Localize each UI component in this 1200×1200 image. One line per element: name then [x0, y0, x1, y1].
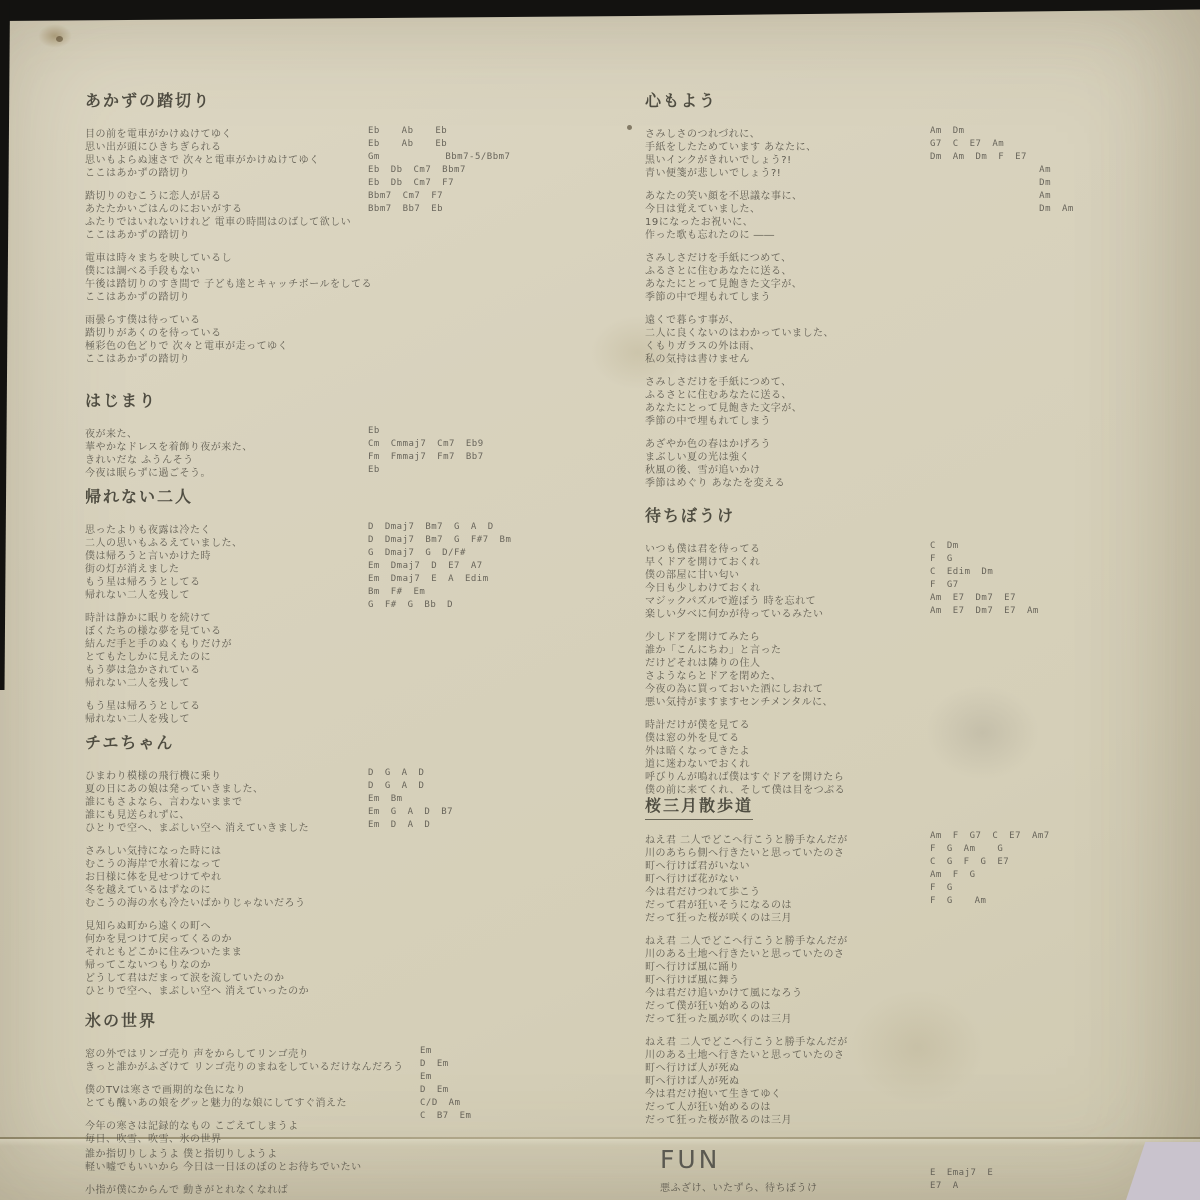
lyric-line: だって狂った桜が咲くのは三月 — [645, 912, 1125, 925]
lyric-line: 誰か指切りしようよ 僕と指切りしようよ — [85, 1148, 630, 1161]
lyric-line: ひまわり模様の飛行機に乗り — [85, 770, 630, 783]
stanza: 見知らぬ町から遠くの町へ何かを見つけて戻ってくるのかそれともどこかに住みついたま… — [85, 920, 630, 998]
lyrics-block: 夜が来た、華やかなドレスを着飾り夜が来た、きれいだな ふうんそう今夜は眠らずに過… — [85, 428, 630, 480]
stanza: 電車は時々まちを映しているし僕には調べる手段もない午後は踏切りのすき間で 子ども… — [85, 252, 630, 304]
lyric-line: 踏切りがあくのを待っている — [85, 327, 630, 340]
lyrics-block: 窓の外ではリンゴ売り 声をからしてリンゴ売りきっと誰かがふざけて リンゴ売りのま… — [85, 1048, 630, 1146]
lyrics-block: 誰か指切りしようよ 僕と指切りしようよ軽い嘘でもいいから 今日は一日ほのぼのとお… — [85, 1148, 630, 1197]
lyric-line: ふるさとに住むあなたに送る、 — [645, 265, 1125, 278]
lyric-line: 小指が僕にからんで 動きがとれなくなれば — [85, 1184, 630, 1197]
lyrics-block: 目の前を電車がかけぬけてゆく思い出が頭にひきちぎられる思いもよらぬ速さで 次々と… — [85, 128, 630, 366]
lyric-line: さようならとドアを閉めた、 — [645, 670, 1125, 683]
lyrics-block: 思ったよりも夜露は冷たく二人の思いもふるえていました、僕は帰ろうと言いかけた時街… — [85, 524, 630, 726]
lyric-line: 季節はめぐり あなたを変える — [645, 477, 1125, 490]
lyric-line: 川のある土地へ行きたいと思っていたのさ — [645, 948, 1125, 961]
lyric-line: まぶしい夏の光は強く — [645, 451, 1125, 464]
paper-stain — [38, 24, 72, 48]
stanza: ねえ君 二人でどこへ行こうと勝手なんだが川のある土地へ行きたいと思っていたのさ町… — [645, 1036, 1125, 1127]
lyric-line: 町へ行けば風に舞う — [645, 974, 1125, 987]
song-title: 桜三月散歩道 — [645, 793, 753, 820]
song-title: あかずの踏切り — [85, 88, 630, 111]
lyric-line: 19になったお祝いに、 — [645, 216, 1125, 229]
stanza: さみしい気持になった時にはむこうの海岸で水着になってお日様に体を見せつけてやれ冬… — [85, 845, 630, 910]
song-kokoro-moyou: 心もよう Am DmG7 C E7 AmDm Am Dm F E7 Am Dm … — [645, 88, 1125, 500]
lyric-line: ふたりではいれないけれど 電車の時間はのばして欲しい — [85, 216, 630, 229]
song-kaerenai-futari: 帰れない二人 D Dmaj7 Bm7 G A DD Dmaj7 Bm7 G F#… — [85, 484, 630, 736]
song-title: 心もよう — [645, 88, 1125, 111]
lyric-line: 結んだ手と手のぬくもりだけが — [85, 638, 630, 651]
stanza: 踏切りのむこうに恋人が居るあたたかいごはんのにおいがするふたりではいれないけれど… — [85, 190, 630, 242]
lyric-line: あざやか色の春はかげろう — [645, 438, 1125, 451]
lyric-line: 少しドアを開けてみたら — [645, 631, 1125, 644]
lyric-line: 思いもよらぬ速さで 次々と電車がかけぬけてゆく — [85, 154, 630, 167]
lyric-line: ここはあかずの踏切り — [85, 291, 630, 304]
stanza: 目の前を電車がかけぬけてゆく思い出が頭にひきちぎられる思いもよらぬ速さで 次々と… — [85, 128, 630, 180]
lyric-line: 今は君だけつれて歩こう — [645, 886, 1125, 899]
lyric-line: 午後は踏切りのすき間で 子ども達とキャッチボールをしてる — [85, 278, 630, 291]
lyric-line: ねえ君 二人でどこへ行こうと勝手なんだが — [645, 935, 1125, 948]
song-chie-chan: チエちゃん D G A DD G A DEm BmEm G A D B7Em D… — [85, 730, 630, 1008]
song-fun: FUN E Emaj7 EE7 A 悪ふざけ、いたずら、待ちぼうけ — [660, 1145, 1140, 1200]
lyric-line: 街の灯が消えました — [85, 563, 630, 576]
lyric-line: 時計だけが僕を見てる — [645, 719, 1125, 732]
lyric-line: 今は君だけ抱いて生きてゆく — [645, 1088, 1125, 1101]
lyric-line: とてもたしかに見えたのに — [85, 651, 630, 664]
lyric-line: マジックパズルで遊ぼう 時を忘れて — [645, 595, 1125, 608]
lyric-line: さみしさのつれづれに、 — [645, 128, 1125, 141]
lyric-line: 今日も少しわけておくれ — [645, 582, 1125, 595]
song-machibouke: 待ちぼうけ C DmF GC Edim DmF G7Am E7 Dm7 E7Am… — [645, 503, 1125, 807]
lyric-line: もう星は帰ろうとしてる — [85, 700, 630, 713]
lyrics-block: ねえ君 二人でどこへ行こうと勝手なんだが川のあちら側へ行きたいと思っていたのさ町… — [645, 834, 1125, 1127]
stanza: 僕のTVは寒さで画期的な色になりとても醜いあの娘をグッと魅力的な娘にしてすぐ消え… — [85, 1084, 630, 1110]
stanza: ひまわり模様の飛行機に乗り夏の日にあの娘は発っていきました、誰にもさよなら、言わ… — [85, 770, 630, 835]
lyric-line: 季節の中で埋もれてしまう — [645, 415, 1125, 428]
lyric-line: 手紙をしたためています あなたに、 — [645, 141, 1125, 154]
lyric-line: いつも僕は君を待ってる — [645, 543, 1125, 556]
stanza: 夜が来た、華やかなドレスを着飾り夜が来た、きれいだな ふうんそう今夜は眠らずに過… — [85, 428, 630, 480]
stanza: 小指が僕にからんで 動きがとれなくなれば — [85, 1184, 630, 1197]
stanza: あなたの笑い顔を不思議な事に、今日は覚えていました、19になったお祝いに、作った… — [645, 190, 1125, 242]
lyric-line: あたたかいごはんのにおいがする — [85, 203, 630, 216]
stanza: 雨曇らす僕は待っている踏切りがあくのを待っている極彩色の色どりで 次々と電車が走… — [85, 314, 630, 366]
lyric-line: ふるさとに住むあなたに送る、 — [645, 389, 1125, 402]
lyric-line: ここはあかずの踏切り — [85, 353, 630, 366]
lyric-line: さみしさだけを手紙につめて、 — [645, 252, 1125, 265]
lyric-line: だって僕が狂い始めるのは — [645, 1000, 1125, 1013]
lyrics-block: 悪ふざけ、いたずら、待ちぼうけ — [660, 1182, 1140, 1195]
lyric-line: 外は暗くなってきたよ — [645, 745, 1125, 758]
lyric-line: あなたにとって見飽きた文字が、 — [645, 278, 1125, 291]
lyric-line: 町へ行けば君がいない — [645, 860, 1125, 873]
lyric-line: もう星は帰ろうとしてる — [85, 576, 630, 589]
stanza: ねえ君 二人でどこへ行こうと勝手なんだが川のあちら側へ行きたいと思っていたのさ町… — [645, 834, 1125, 925]
lyric-line: 毎日、吹雪、吹雪、氷の世界 — [85, 1133, 630, 1146]
lyric-line: むこうの海の水も冷たいばかりじゃないだろう — [85, 897, 630, 910]
lyric-line: むこうの海岸で水着になって — [85, 858, 630, 871]
lyric-line: 僕のTVは寒さで画期的な色になり — [85, 1084, 630, 1097]
lyric-line: あなたの笑い顔を不思議な事に、 — [645, 190, 1125, 203]
song-title: チエちゃん — [85, 730, 630, 753]
lyric-line: 華やかなドレスを着飾り夜が来た、 — [85, 441, 630, 454]
lyric-line: 二人に良くないのはわかっていました、 — [645, 327, 1125, 340]
lyric-line: 思い出が頭にひきちぎられる — [85, 141, 630, 154]
song-title: FUN — [660, 1145, 1140, 1174]
lyric-line: 雨曇らす僕は待っている — [85, 314, 630, 327]
lyric-line: 黒いインクがきれいでしょう?! — [645, 154, 1125, 167]
lyric-line: 楽しい夕べに何かが待っているみたい — [645, 608, 1125, 621]
stanza: さみしさだけを手紙につめて、ふるさとに住むあなたに送る、あなたにとって見飽きた文… — [645, 376, 1125, 428]
lyric-line: それともどこかに住みついたまま — [85, 946, 630, 959]
lyric-line: きれいだな ふうんそう — [85, 454, 630, 467]
chord-line: E Emaj7 E — [930, 1167, 993, 1180]
lyric-line: お日様に体を見せつけてやれ — [85, 871, 630, 884]
lyric-line: ぼくたちの様な夢を見ている — [85, 625, 630, 638]
lyric-line: ここはあかずの踏切り — [85, 229, 630, 242]
lyric-line: 夏の日にあの娘は発っていきました、 — [85, 783, 630, 796]
lyric-line: 誰にもさよなら、言わないままで — [85, 796, 630, 809]
lyric-line: 遠くで暮らす事が、 — [645, 314, 1125, 327]
lyric-line: 早くドアを開けておくれ — [645, 556, 1125, 569]
song-koori-no-sekai-continued: 誰か指切りしようよ 僕と指切りしようよ軽い嘘でもいいから 今日は一日ほのぼのとお… — [85, 1148, 630, 1200]
lyric-line: 今年の寒さは記録的なもの こごえてしまうよ — [85, 1120, 630, 1133]
lyric-line: 帰れない二人を残して — [85, 589, 630, 602]
stanza: 窓の外ではリンゴ売り 声をからしてリンゴ売りきっと誰かがふざけて リンゴ売りのま… — [85, 1048, 630, 1074]
lyric-line: 作った歌も忘れたのに ―― — [645, 229, 1125, 242]
lyric-line: 川のあちら側へ行きたいと思っていたのさ — [645, 847, 1125, 860]
lyric-line: だって狂った桜が散るのは三月 — [645, 1114, 1125, 1127]
lyric-line: だって君が狂いそうになるのは — [645, 899, 1125, 912]
lyric-line: 時計は静かに眠りを続けて — [85, 612, 630, 625]
lyric-line: 町へ行けば花がない — [645, 873, 1125, 886]
song-title: 帰れない二人 — [85, 484, 630, 507]
lyric-line: 踏切りのむこうに恋人が居る — [85, 190, 630, 203]
stanza: ねえ君 二人でどこへ行こうと勝手なんだが川のある土地へ行きたいと思っていたのさ町… — [645, 935, 1125, 1026]
lyric-line: 今夜の為に買っておいた酒にしおれて — [645, 683, 1125, 696]
lyric-line: 町へ行けば風に踊り — [645, 961, 1125, 974]
lyric-line: ねえ君 二人でどこへ行こうと勝手なんだが — [645, 834, 1125, 847]
lyric-line: どうして君はだまって涙を流していたのか — [85, 972, 630, 985]
lyric-line: くもりガラスの外は雨、 — [645, 340, 1125, 353]
stanza: 少しドアを開けてみたら誰か「こんにちわ」と言っただけどそれは隣りの住人さようなら… — [645, 631, 1125, 709]
lyric-line: 悪い気持がますますセンチメンタルに、 — [645, 696, 1125, 709]
stanza: いつも僕は君を待ってる早くドアを開けておくれ僕の部屋に甘い匂い今日も少しわけてお… — [645, 543, 1125, 621]
stanza: さみしさだけを手紙につめて、ふるさとに住むあなたに送る、あなたにとって見飽きた文… — [645, 252, 1125, 304]
stanza: あざやか色の春はかげろうまぶしい夏の光は強く秋風の後、雪が追いかけ季節はめぐり … — [645, 438, 1125, 490]
song-title: 氷の世界 — [85, 1008, 630, 1031]
lyric-line: 二人の思いもふるえていました、 — [85, 537, 630, 550]
lyric-line: 道に迷わないでおくれ — [645, 758, 1125, 771]
lyric-line: ひとりで空へ、まぶしい空へ 消えていきました — [85, 822, 630, 835]
lyric-line: ひとりで空へ、まぶしい空へ 消えていったのか — [85, 985, 630, 998]
lyric-line: 見知らぬ町から遠くの町へ — [85, 920, 630, 933]
lyric-line: ねえ君 二人でどこへ行こうと勝手なんだが — [645, 1036, 1125, 1049]
stanza: 遠くで暮らす事が、二人に良くないのはわかっていました、くもりガラスの外は雨、私の… — [645, 314, 1125, 366]
song-koori-no-sekai: 氷の世界 EmD EmEmD EmC/D AmC B7 Em 窓の外ではリンゴ売… — [85, 1008, 630, 1156]
lyric-line: 帰れない二人を残して — [85, 677, 630, 690]
lyric-line: 私の気持は書けません — [645, 353, 1125, 366]
lyric-line: 帰ってこないつもりなのか — [85, 959, 630, 972]
lyric-line: だって人が狂い始めるのは — [645, 1101, 1125, 1114]
lyric-line: もう夢は急かされている — [85, 664, 630, 677]
lyric-line: だって狂った風が吹くのは三月 — [645, 1013, 1125, 1026]
lyric-line: 青い便箋が悲しいでしょう?! — [645, 167, 1125, 180]
lyric-line: あなたにとって見飽きた文字が、 — [645, 402, 1125, 415]
lyric-line: 目の前を電車がかけぬけてゆく — [85, 128, 630, 141]
song-title: 待ちぼうけ — [645, 503, 1125, 526]
song-title: はじまり — [85, 388, 630, 411]
stanza: 思ったよりも夜露は冷たく二人の思いもふるえていました、僕は帰ろうと言いかけた時街… — [85, 524, 630, 602]
lyric-line: 極彩色の色どりで 次々と電車が走ってゆく — [85, 340, 630, 353]
lyric-line: 今は君だけ追いかけて風になろう — [645, 987, 1125, 1000]
lyric-line: 悪ふざけ、いたずら、待ちぼうけ — [660, 1182, 1140, 1195]
lyric-line: 僕の部屋に甘い匂い — [645, 569, 1125, 582]
lyric-line: 町へ行けば人が死ぬ — [645, 1075, 1125, 1088]
lyric-line: 川のある土地へ行きたいと思っていたのさ — [645, 1049, 1125, 1062]
lyric-line: 今夜は眠らずに過ごそう。 — [85, 467, 630, 480]
stanza: もう星は帰ろうとしてる帰れない二人を残して — [85, 700, 630, 726]
lyric-line: 思ったよりも夜露は冷たく — [85, 524, 630, 537]
lyric-line: とても醜いあの娘をグッと魅力的な娘にしてすぐ消えた — [85, 1097, 630, 1110]
lyric-line: さみしい気持になった時には — [85, 845, 630, 858]
stanza: さみしさのつれづれに、手紙をしたためています あなたに、黒いインクがきれいでしょ… — [645, 128, 1125, 180]
lyric-line: だけどそれは隣りの住人 — [645, 657, 1125, 670]
lyric-line: 僕は帰ろうと言いかけた時 — [85, 550, 630, 563]
stanza: 今年の寒さは記録的なもの こごえてしまうよ毎日、吹雪、吹雪、氷の世界 — [85, 1120, 630, 1146]
stanza: 時計だけが僕を見てる僕は窓の外を見てる外は暗くなってきたよ道に迷わないでおくれ呼… — [645, 719, 1125, 797]
stanza: 時計は静かに眠りを続けてぼくたちの様な夢を見ている結んだ手と手のぬくもりだけがと… — [85, 612, 630, 690]
lyric-line: 軽い嘘でもいいから 今日は一日ほのぼのとお待ちでいたい — [85, 1161, 630, 1174]
lyric-line: きっと誰かがふざけて リンゴ売りのまねをしているだけなんだろう — [85, 1061, 630, 1074]
lyric-line: 窓の外ではリンゴ売り 声をからしてリンゴ売り — [85, 1048, 630, 1061]
stanza: 悪ふざけ、いたずら、待ちぼうけ — [660, 1182, 1140, 1195]
lyric-line: 今日は覚えていました、 — [645, 203, 1125, 216]
lyric-line: 冬を越えているはずなのに — [85, 884, 630, 897]
stanza: 誰か指切りしようよ 僕と指切りしようよ軽い嘘でもいいから 今日は一日ほのぼのとお… — [85, 1148, 630, 1174]
lyric-line: ここはあかずの踏切り — [85, 167, 630, 180]
lyric-line: 誰か「こんにちわ」と言った — [645, 644, 1125, 657]
lyric-line: 何かを見つけて戻ってくるのか — [85, 933, 630, 946]
lyric-line: 僕は窓の外を見てる — [645, 732, 1125, 745]
lyric-line: 秋風の後、雪が追いかけ — [645, 464, 1125, 477]
lyric-line: 帰れない二人を残して — [85, 713, 630, 726]
lyrics-block: ひまわり模様の飛行機に乗り夏の日にあの娘は発っていきました、誰にもさよなら、言わ… — [85, 770, 630, 998]
song-sakura-sangatsu-sanpomichi: 桜三月散歩道 Am F G7 C E7 Am7F G Am GC G F G E… — [645, 793, 1125, 1137]
lyric-line: 呼びりんが鳴れば僕はすぐドアを開けたら — [645, 771, 1125, 784]
song-hajimari: はじまり EbCm Cmmaj7 Cm7 Eb9Fm Fmmaj7 Fm7 Bb… — [85, 388, 630, 490]
lyric-line: 電車は時々まちを映しているし — [85, 252, 630, 265]
lyric-line: さみしさだけを手紙につめて、 — [645, 376, 1125, 389]
lyric-line: 町へ行けば人が死ぬ — [645, 1062, 1125, 1075]
lyric-line: 夜が来た、 — [85, 428, 630, 441]
lyrics-block: いつも僕は君を待ってる早くドアを開けておくれ僕の部屋に甘い匂い今日も少しわけてお… — [645, 543, 1125, 797]
lyric-line: 誰にも見送られずに、 — [85, 809, 630, 822]
ink-speck — [56, 36, 63, 42]
lyric-line: 僕には調べる手段もない — [85, 265, 630, 278]
song-akazu-no-fumikiri: あかずの踏切り Eb Ab EbEb Ab EbGm Bbm7-5/Bbm7Eb… — [85, 88, 630, 376]
lyric-line: 季節の中で埋もれてしまう — [645, 291, 1125, 304]
